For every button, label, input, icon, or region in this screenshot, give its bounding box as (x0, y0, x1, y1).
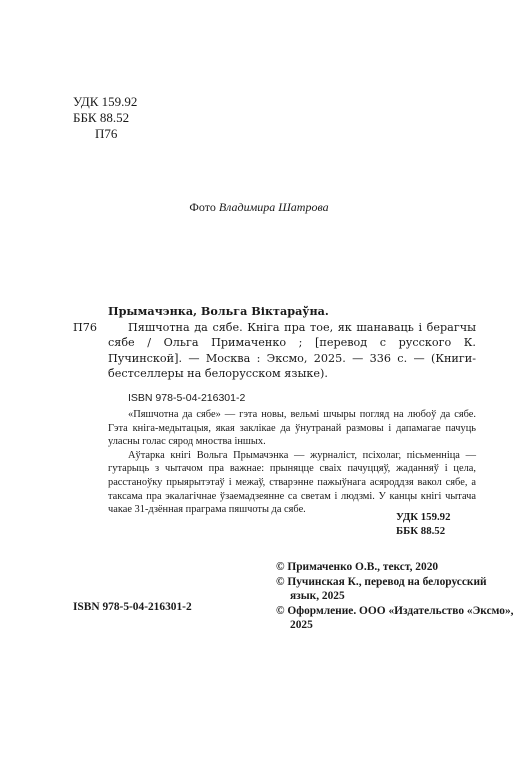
photographer-name: Владимира Шатрова (219, 200, 329, 214)
udk-code: УДК 159.92 (73, 94, 137, 110)
isbn-bottom: ISBN 978-5-04-216301-2 (73, 601, 192, 613)
bibliographic-description: Пяшчотна да сябе. Кніга пра тое, як шана… (108, 320, 476, 382)
bibliographic-cutter: П76 (73, 320, 97, 336)
classification-codes-top: УДК 159.92 ББК 88.52 П76 (73, 94, 137, 142)
annotation: «Пяшчотна да сябе» — гэта новы, вельмі ш… (108, 408, 476, 517)
copyright-design: © Оформление. ООО «Издательство «Эксмо»,… (276, 604, 518, 633)
isbn-record: ISBN 978-5-04-216301-2 (108, 391, 476, 407)
classification-codes-bottom: УДК 159.92 ББК 88.52 (396, 510, 450, 538)
bbk-code: ББК 88.52 (73, 110, 137, 126)
copyright-block: © Примаченко О.В., текст, 2020 © Пучинск… (276, 560, 518, 633)
annotation-paragraph: Аўтарка кнігі Вольга Прымачэнка — журнал… (108, 449, 476, 517)
copyright-text: © Примаченко О.В., текст, 2020 (276, 560, 518, 575)
udk-code: УДК 159.92 (396, 510, 450, 524)
bbk-code: ББК 88.52 (396, 524, 450, 538)
annotation-paragraph: «Пяшчотна да сябе» — гэта новы, вельмі ш… (108, 408, 476, 449)
copyright-translation: © Пучинская К., перевод на белорусский я… (276, 575, 518, 604)
photo-credit-prefix: Фото (189, 200, 215, 214)
author-heading: Прымачэнка, Вольга Віктараўна. (108, 304, 476, 320)
photo-credit: Фото Владимира Шатрова (0, 200, 518, 215)
bibliographic-record: Прымачэнка, Вольга Віктараўна. Пяшчотна … (108, 304, 476, 406)
cutter-code: П76 (73, 126, 137, 142)
